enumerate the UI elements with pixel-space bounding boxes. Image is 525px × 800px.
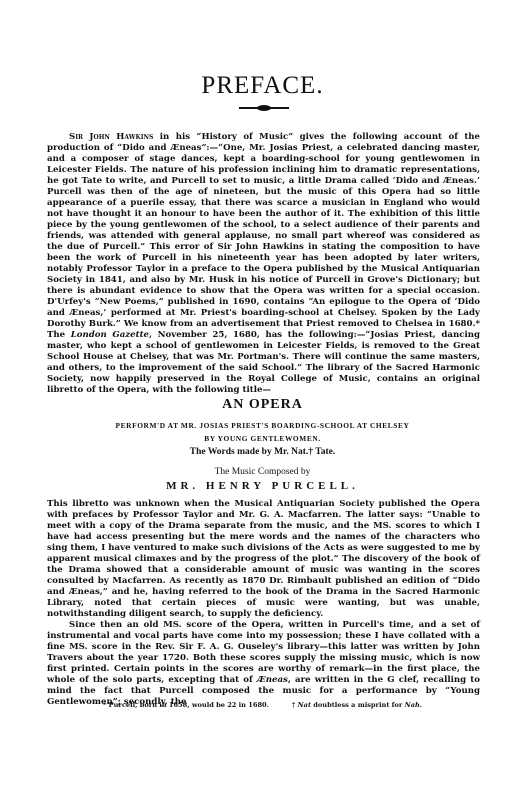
libretto-subtitle-line1: PERFORM'D AT MR. JOSIAS PRIEST'S BOARDIN… — [0, 419, 525, 432]
author-name: Sir John Hawkins — [69, 132, 153, 142]
footnote-1: * Purcell, born in 1658, would be 22 in … — [103, 701, 269, 709]
ornamental-divider — [239, 107, 289, 109]
libretto-music-credit: The Music Composed by — [0, 467, 525, 477]
preface-paragraph-2: This libretto was unknown when the Music… — [47, 499, 480, 620]
footnote-italic-end: Nah — [405, 701, 420, 709]
page-title: PREFACE. — [0, 72, 525, 100]
footnote-2: † Nat doubtless a misprint for Nah. — [292, 701, 422, 709]
gazette-reference: London Gazette — [71, 330, 149, 340]
preface-paragraph-3: Since then an old MS. score of the Opera… — [47, 620, 480, 708]
libretto-subtitle-line2: BY YOUNG GENTLEWOMEN. — [0, 432, 525, 445]
footnote-italic: Nat — [298, 701, 311, 709]
footnote-end: . — [420, 701, 422, 709]
libretto-composer: MR. HENRY PURCELL. — [0, 480, 525, 492]
footnote-text: doubtless a misprint for — [311, 701, 405, 709]
preface-body-2: This libretto was unknown when the Music… — [47, 499, 480, 708]
libretto-subtitle: PERFORM'D AT MR. JOSIAS PRIEST'S BOARDIN… — [0, 419, 525, 445]
preface-paragraph-1: Sir John Hawkins in his “History of Musi… — [47, 132, 480, 396]
character-name: Æneas — [257, 675, 288, 685]
footnotes: * Purcell, born in 1658, would be 22 in … — [0, 701, 525, 709]
document-page: PREFACE. Sir John Hawkins in his “Histor… — [0, 0, 525, 800]
libretto-words-credit: The Words made by Mr. Nat.† Tate. — [0, 447, 525, 457]
libretto-heading: AN OPERA — [0, 397, 525, 413]
paragraph-text: in his “History of Music” gives the foll… — [47, 132, 480, 340]
